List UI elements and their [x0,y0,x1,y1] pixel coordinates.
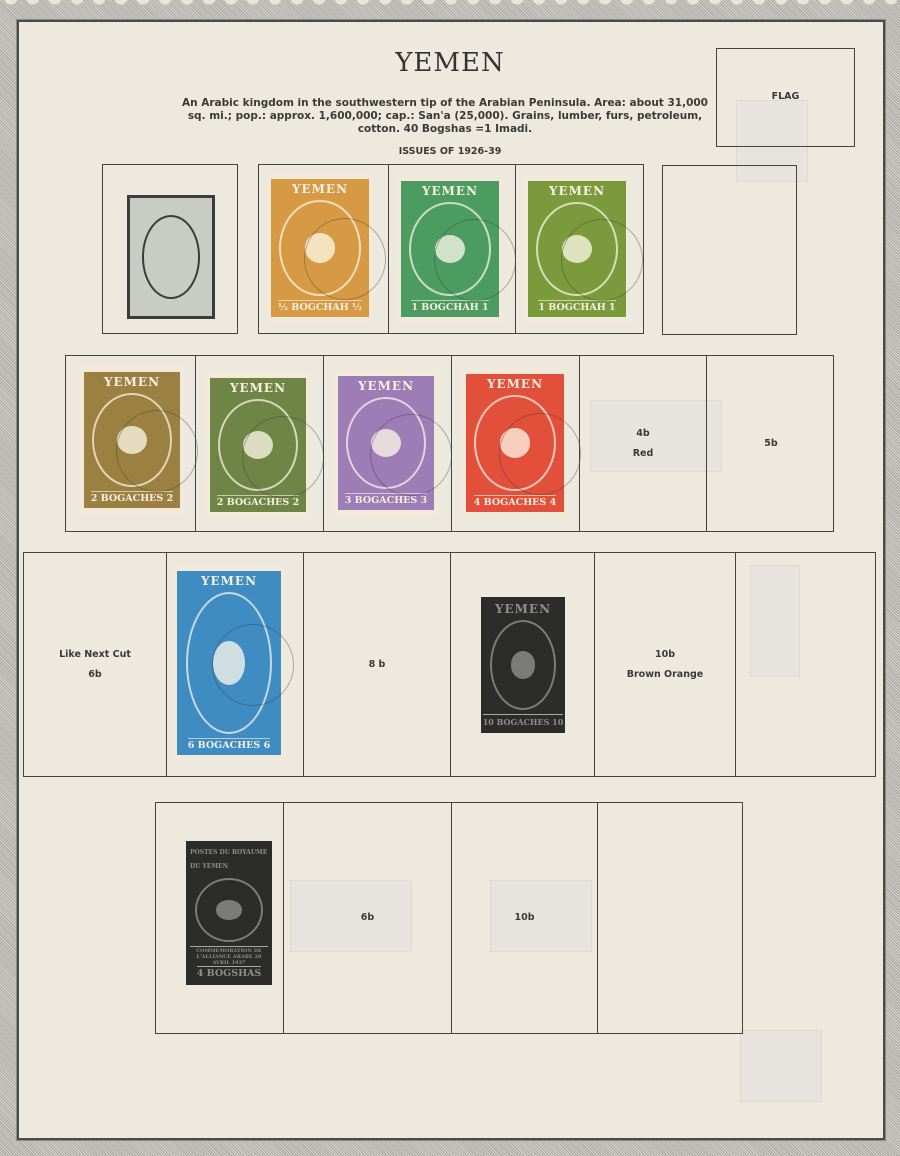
stamp: YEMEN10 BOGACHES 10 [481,597,565,733]
ghost-print [740,1030,822,1102]
stamp-country: YEMEN [230,381,286,395]
stamp-central-design [474,395,555,491]
stamp-denomination: 2 BOGACHES 2 [91,491,173,505]
stamp-space-filled: YEMEN3 BOGACHES 3 [323,356,451,531]
stamp-strip-row4: POSTES DU ROYAUME DU YEMENCOMMÉMORATION … [155,802,743,1034]
stamp-space-empty: 6b [283,803,451,1033]
stamp-central-design [92,393,171,487]
space-label: 8 b [369,655,386,675]
stamp-country: YEMEN [104,375,160,389]
stamp: YEMEN½ BOGCHAH ½ [267,173,373,323]
stamp-space-filled: YEMEN4 BOGACHES 4 [451,356,579,531]
stamp-strip-row3: Like Next Cut6bYEMEN6 BOGACHES 68 bYEMEN… [23,552,876,777]
stamp-space-empty: 8 b [303,553,450,776]
space-label: 6b [361,908,374,928]
stamp: YEMEN2 BOGACHES 2 [80,366,184,514]
stamp-central-design [346,397,425,489]
stamp-denomination: 4 BOGSHAS [197,966,262,980]
space-label: Like Next Cut [59,645,131,665]
stamp: YEMEN1 BOGCHAH 1 [524,175,630,323]
flag-label: FLAG [717,87,854,107]
stamp: YEMEN2 BOGACHES 2 [206,372,310,518]
stamp-space-empty [735,553,877,776]
stamp: YEMEN3 BOGACHES 3 [334,370,438,516]
stamp-country: POSTES DU ROYAUME DU YEMEN [190,846,268,874]
stamp-central-design [279,200,360,296]
country-description: An Arabic kingdom in the southwestern ti… [175,97,715,136]
stamp [127,195,215,319]
stamp-denomination: 10 BOGACHES 10 [483,714,564,728]
space-sublabel: 6b [88,665,101,685]
stamp-caption: COMMÉMORATION DE L'ALLIANCE ARABE 20 AVR… [190,946,268,966]
stamp: YEMEN1 BOGCHAH 1 [397,175,503,323]
space-label: 5b [764,434,777,454]
stamp-space-row1 [102,164,238,334]
stamp: YEMEN6 BOGACHES 6 [173,565,285,761]
stamp-space-empty: Like Next Cut6b [24,553,166,776]
stamp-country: YEMEN [422,184,478,198]
stamp-central-design [195,878,263,942]
stamp-central-design [218,399,297,491]
stamp-country: YEMEN [487,377,543,391]
stamp-strip-row1: YEMEN½ BOGCHAH ½YEMEN1 BOGCHAH 1YEMEN1 B… [258,164,644,334]
stamp-country: YEMEN [358,379,414,393]
stamp-space-filled: YEMEN10 BOGACHES 10 [450,553,594,776]
stamp-space-filled: YEMEN2 BOGACHES 2 [66,356,195,531]
space-label: 10b [655,645,675,665]
stamp-denomination: 3 BOGACHES 3 [345,493,427,507]
stamp-central-design [409,202,490,296]
stamp: POSTES DU ROYAUME DU YEMENCOMMÉMORATION … [186,841,272,985]
stamp-space-empty: 10b [451,803,597,1033]
stamp-space-filled: YEMEN6 BOGACHES 6 [166,553,303,776]
stamp-space-empty: 4bRed [579,356,706,531]
stamp-space-filled: YEMEN2 BOGACHES 2 [195,356,323,531]
stamp-denomination: 4 BOGACHES 4 [474,495,556,509]
stamp-country: YEMEN [292,182,348,196]
stamp-space-filled: YEMEN½ BOGCHAH ½ [259,165,388,333]
flag-space: FLAG [716,48,855,147]
space-label: 4b [636,424,649,444]
stamp-space-filled: YEMEN1 BOGCHAH 1 [515,165,645,333]
stamp-denomination: 2 BOGACHES 2 [217,495,299,509]
stamp-space-row1-empty [662,165,797,335]
calligraphy-design [142,215,201,299]
stamp-space-empty: 10bBrown Orange [594,553,735,776]
stamp-central-design [536,202,617,296]
stamp-space-filled: YEMEN1 BOGCHAH 1 [388,165,515,333]
issues-heading: ISSUES OF 1926-39 [0,146,900,157]
stamp-space-empty [597,803,744,1033]
stamp-denomination: ½ BOGCHAH ½ [278,300,362,314]
stamp-country: YEMEN [201,574,257,588]
stamp-central-design [186,592,272,734]
stamp-space-filled: POSTES DU ROYAUME DU YEMENCOMMÉMORATION … [156,803,283,1033]
stamp-strip-row2: YEMEN2 BOGACHES 2YEMEN2 BOGACHES 2YEMEN3… [65,355,834,532]
stamp-central-design [490,620,556,710]
stamp-country: YEMEN [495,602,551,616]
stamp-denomination: 6 BOGACHES 6 [188,738,270,752]
stamp-space-empty [663,166,798,334]
stamp-country: YEMEN [549,184,605,198]
space-sublabel: Red [633,444,654,464]
space-sublabel: Brown Orange [627,665,703,685]
stamp-space-filled [103,165,239,333]
stamp-space-empty: 5b [706,356,835,531]
stamp-denomination: 1 BOGCHAH 1 [538,300,615,314]
stamp: YEMEN4 BOGACHES 4 [462,368,568,518]
space-label: 10b [514,908,534,928]
stamp-denomination: 1 BOGCHAH 1 [411,300,488,314]
